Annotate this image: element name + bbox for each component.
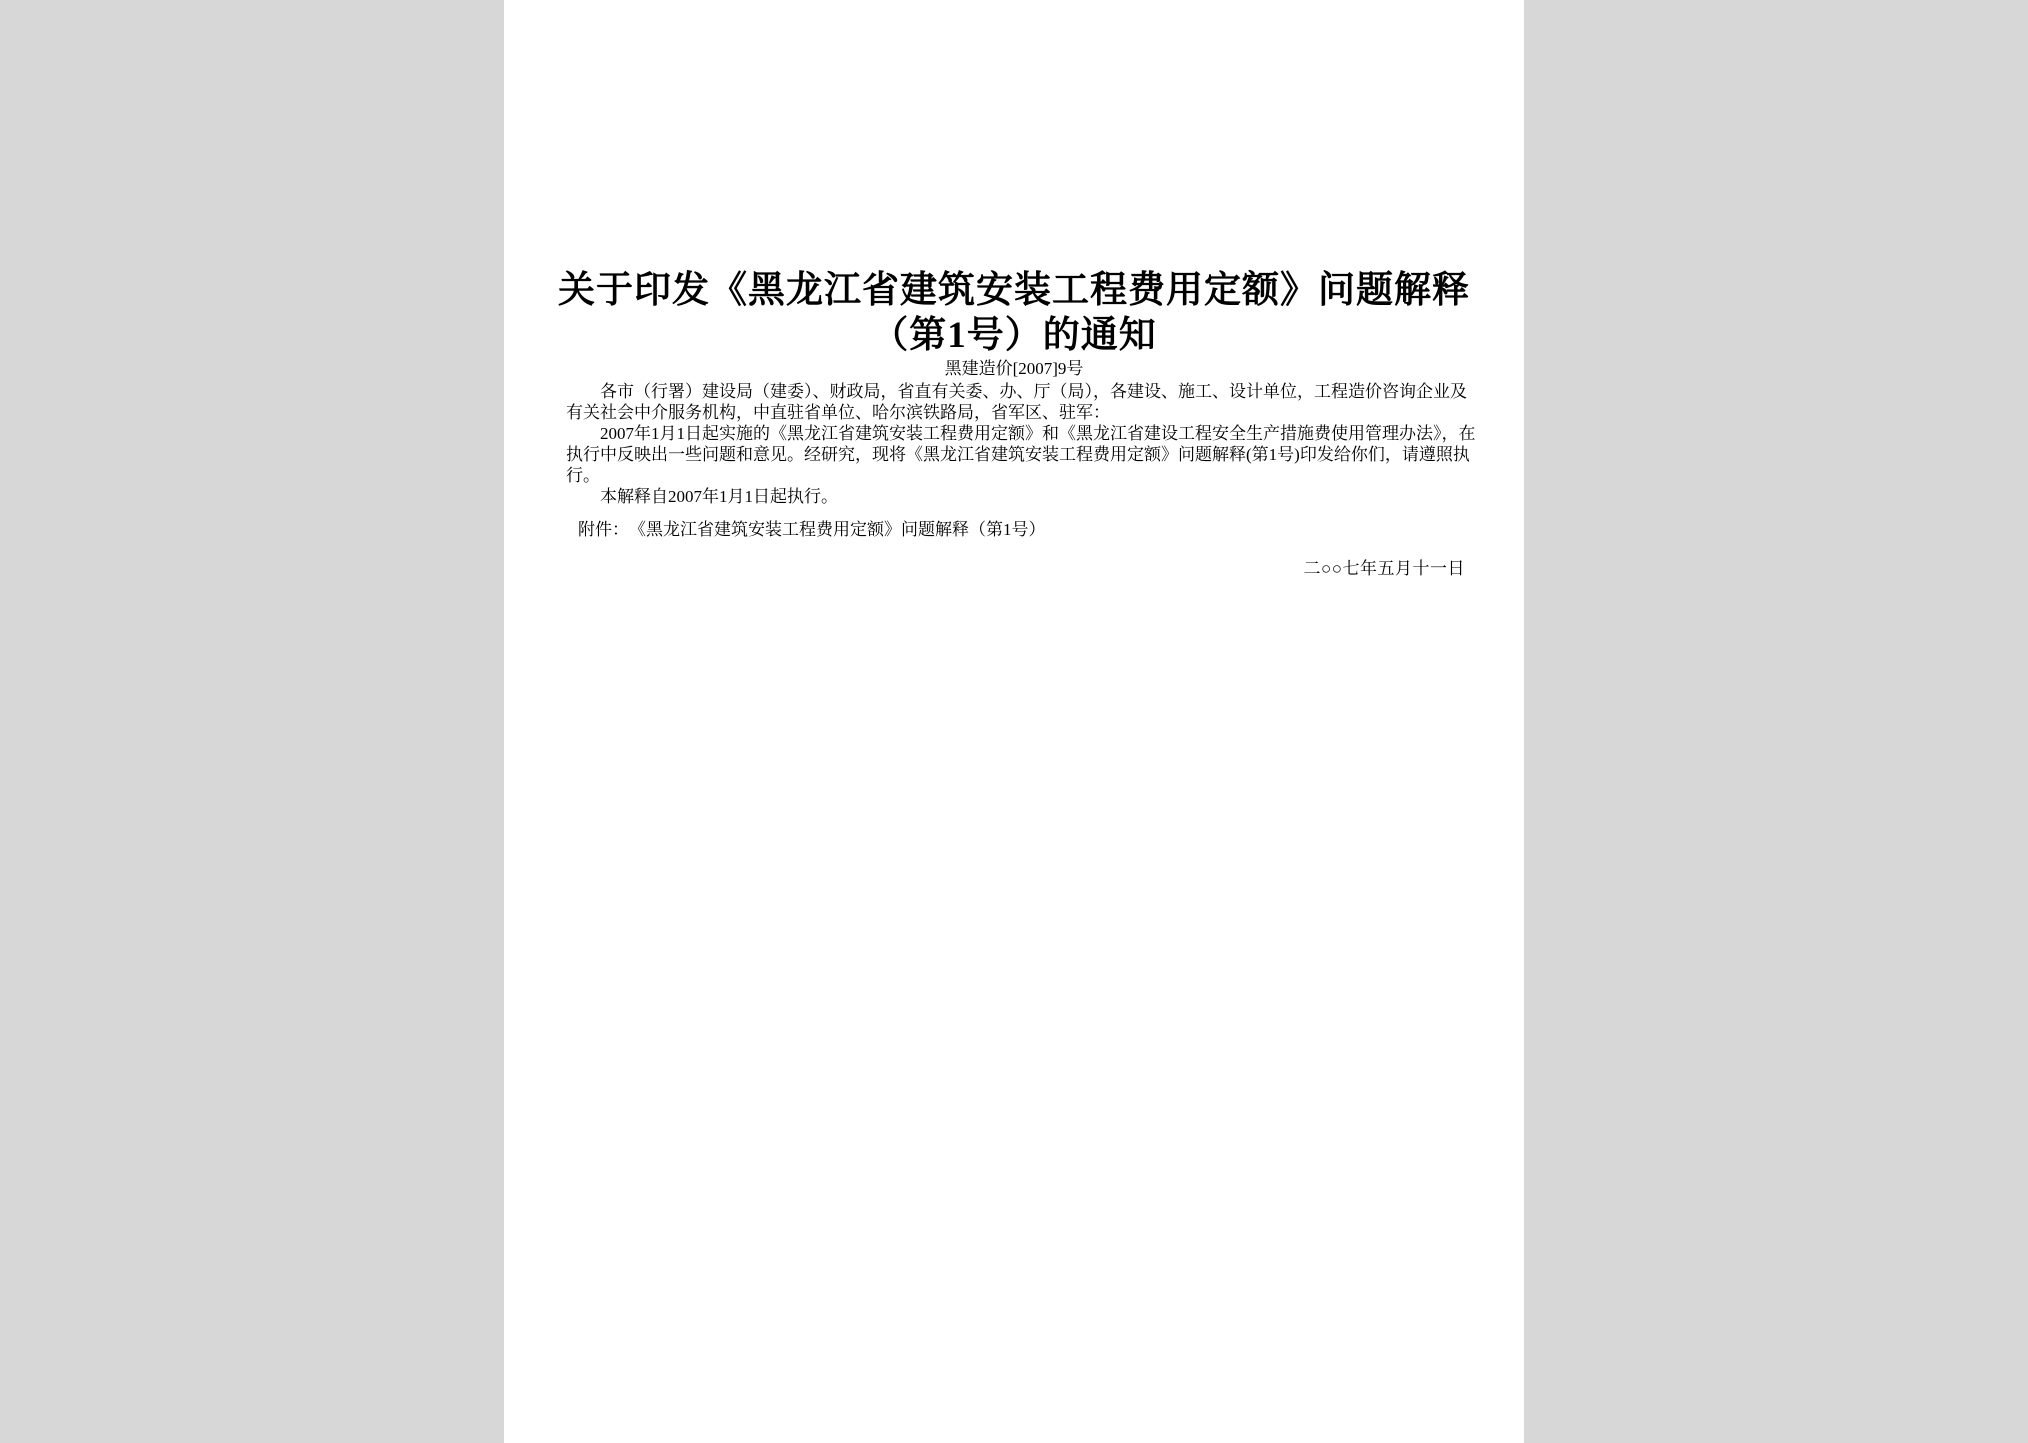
document-title-line-1: 关于印发《黑龙江省建筑安装工程费用定额》问题解释 xyxy=(504,268,1524,313)
document-date: 二○○七年五月十一日 xyxy=(504,558,1524,579)
body-line: 有关社会中介服务机构，中直驻省单位、哈尔滨铁路局，省军区、驻军： xyxy=(566,402,1481,423)
body-line: 2007年1月1日起实施的《黑龙江省建筑安装工程费用定额》和《黑龙江省建设工程安… xyxy=(566,423,1481,444)
desktop-background: { "page": { "background_color": "#d7d7d7… xyxy=(0,0,2028,1443)
body-line: 各市（行署）建设局（建委）、财政局，省直有关委、办、厅（局），各建设、施工、设计… xyxy=(566,381,1481,402)
document-number: 黑建造价[2007]9号 xyxy=(504,359,1524,379)
document-title: 关于印发《黑龙江省建筑安装工程费用定额》问题解释 （第1号）的通知 xyxy=(504,268,1524,358)
document-title-line-2: （第1号）的通知 xyxy=(504,313,1524,358)
document-body: 各市（行署）建设局（建委）、财政局，省直有关委、办、厅（局），各建设、施工、设计… xyxy=(504,381,1524,507)
body-line: 本解释自2007年1月1日起执行。 xyxy=(566,486,1481,507)
document-page: 关于印发《黑龙江省建筑安装工程费用定额》问题解释 （第1号）的通知 黑建造价[2… xyxy=(504,0,1524,1443)
body-line: 执行中反映出一些问题和意见。经研究，现将《黑龙江省建筑安装工程费用定额》问题解释… xyxy=(566,444,1481,465)
body-line: 行。 xyxy=(566,465,1481,486)
attachment-line: 附件： 《黑龙江省建筑安装工程费用定额》问题解释（第1号） xyxy=(504,519,1524,540)
